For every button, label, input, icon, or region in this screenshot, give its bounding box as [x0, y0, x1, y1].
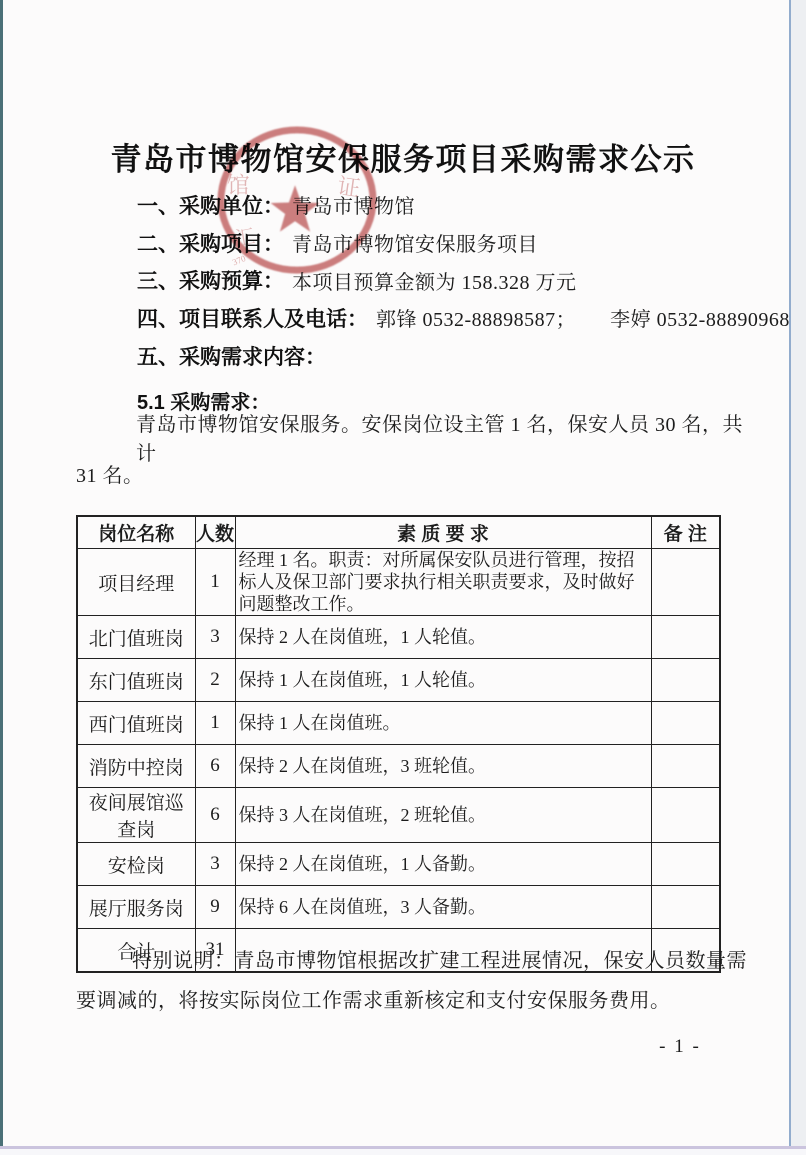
scan-edge-bottom-background: [0, 1149, 806, 1155]
item-requirements-heading: 五、采购需求内容：: [137, 337, 797, 375]
cell-requirements: 保持 2 人在岗值班，3 班轮值。: [235, 745, 651, 788]
contact-2: 李婷 0532-88890968: [610, 303, 790, 332]
col-header-count: 人数: [195, 516, 235, 549]
cell-count: 6: [195, 745, 235, 788]
cell-requirements: 保持 2 人在岗值班，1 人备勤。: [235, 843, 651, 886]
requirement-paragraph: 青岛市博物馆安保服务。安保岗位设主管 1 名，保安人员 30 名，共计 31 名…: [76, 419, 748, 491]
table-row: 项目经理 1 经理 1 名。职责：对所属保安队员进行管理，按招标人及保卫部门要求…: [77, 549, 720, 616]
page-number: - 1 -: [640, 1036, 720, 1058]
cell-remarks: [651, 886, 720, 929]
page-title: 青岛市博物馆安保服务项目采购需求公示: [0, 134, 806, 179]
cell-post: 安检岗: [77, 843, 195, 886]
item-label: 三、采购预算：: [137, 265, 284, 295]
item-contacts: 四、项目联系人及电话： 郭锋 0532-88898587； 李婷 0532-88…: [137, 299, 797, 337]
item-value: 青岛市博物馆: [292, 190, 415, 219]
col-header-requirements: 素 质 要 求: [235, 516, 651, 549]
item-project-name: 二、采购项目： 青岛市博物馆安保服务项目: [137, 224, 797, 262]
item-label: 一、采购单位：: [137, 190, 284, 220]
cell-remarks: [651, 702, 720, 745]
scan-edge-right-line: [789, 0, 791, 1147]
cell-remarks: [651, 549, 720, 616]
scan-edge-bottom-line: [0, 1146, 806, 1149]
table-row: 夜间展馆巡查岗 6 保持 3 人在岗值班，2 班轮值。: [77, 788, 720, 843]
table-row: 消防中控岗 6 保持 2 人在岗值班，3 班轮值。: [77, 745, 720, 788]
scanned-document-page: 青岛市博物馆安保服务项目采购需求公示 一、采购单位： 青岛市博物馆 二、采购项目…: [0, 0, 806, 1155]
scan-edge-left: [0, 0, 3, 1148]
special-note-paragraph: 特别说明：青岛市博物馆根据改扩建工程进展情况，保安人员数量需 要调减的，将按实际…: [76, 938, 752, 1018]
table-header-row: 岗位名称 人数 素 质 要 求 备 注: [77, 516, 720, 549]
note-line: 要调减的，将按实际岗位工作需求重新核定和支付安保服务费用。: [76, 978, 752, 1018]
procurement-items: 一、采购单位： 青岛市博物馆 二、采购项目： 青岛市博物馆安保服务项目 三、采购…: [137, 186, 797, 374]
cell-remarks: [651, 843, 720, 886]
cell-post: 项目经理: [77, 549, 195, 616]
col-header-post: 岗位名称: [77, 516, 195, 549]
cell-remarks: [651, 788, 720, 843]
table-row: 北门值班岗 3 保持 2 人在岗值班，1 人轮值。: [77, 616, 720, 659]
staffing-table: 岗位名称 人数 素 质 要 求 备 注 项目经理 1 经理 1 名。职责：对所属…: [76, 515, 721, 973]
cell-post: 西门值班岗: [77, 702, 195, 745]
cell-requirements: 经理 1 名。职责：对所属保安队员进行管理，按招标人及保卫部门要求执行相关职责要…: [235, 549, 651, 616]
table-row: 东门值班岗 2 保持 1 人在岗值班，1 人轮值。: [77, 659, 720, 702]
scan-edge-right-background: [791, 0, 806, 1147]
table-row: 西门值班岗 1 保持 1 人在岗值班。: [77, 702, 720, 745]
cell-requirements: 保持 3 人在岗值班，2 班轮值。: [235, 788, 651, 843]
item-budget: 三、采购预算： 本项目预算金额为 158.328 万元: [137, 261, 797, 299]
cell-count: 1: [195, 549, 235, 616]
item-value: 青岛市博物馆安保服务项目: [292, 228, 538, 257]
cell-count: 9: [195, 886, 235, 929]
item-label: 二、采购项目：: [137, 228, 284, 258]
cell-requirements: 保持 2 人在岗值班，1 人轮值。: [235, 616, 651, 659]
col-header-remarks: 备 注: [651, 516, 720, 549]
item-purchasing-unit: 一、采购单位： 青岛市博物馆: [137, 186, 797, 224]
cell-post: 展厅服务岗: [77, 886, 195, 929]
cell-count: 6: [195, 788, 235, 843]
cell-count: 3: [195, 843, 235, 886]
item-label: 五、采购需求内容：: [137, 341, 326, 371]
note-line: 特别说明：青岛市博物馆根据改扩建工程进展情况，保安人员数量需: [76, 938, 752, 978]
cell-remarks: [651, 745, 720, 788]
cell-count: 3: [195, 616, 235, 659]
cell-post: 夜间展馆巡查岗: [77, 788, 195, 843]
cell-post: 北门值班岗: [77, 616, 195, 659]
cell-requirements: 保持 1 人在岗值班。: [235, 702, 651, 745]
cell-post: 东门值班岗: [77, 659, 195, 702]
cell-count: 2: [195, 659, 235, 702]
contact-1: 郭锋 0532-88898587；: [376, 303, 576, 332]
table-row: 安检岗 3 保持 2 人在岗值班，1 人备勤。: [77, 843, 720, 886]
item-label: 四、项目联系人及电话：: [137, 303, 368, 333]
cell-remarks: [651, 659, 720, 702]
paragraph-line: 青岛市博物馆安保服务。安保岗位设主管 1 名，保安人员 30 名，共计: [76, 419, 748, 455]
cell-remarks: [651, 616, 720, 659]
cell-post: 消防中控岗: [77, 745, 195, 788]
cell-requirements: 保持 6 人在岗值班，3 人备勤。: [235, 886, 651, 929]
table-row: 展厅服务岗 9 保持 6 人在岗值班，3 人备勤。: [77, 886, 720, 929]
item-value: 本项目预算金额为 158.328 万元: [292, 266, 577, 295]
cell-count: 1: [195, 702, 235, 745]
cell-requirements: 保持 1 人在岗值班，1 人轮值。: [235, 659, 651, 702]
